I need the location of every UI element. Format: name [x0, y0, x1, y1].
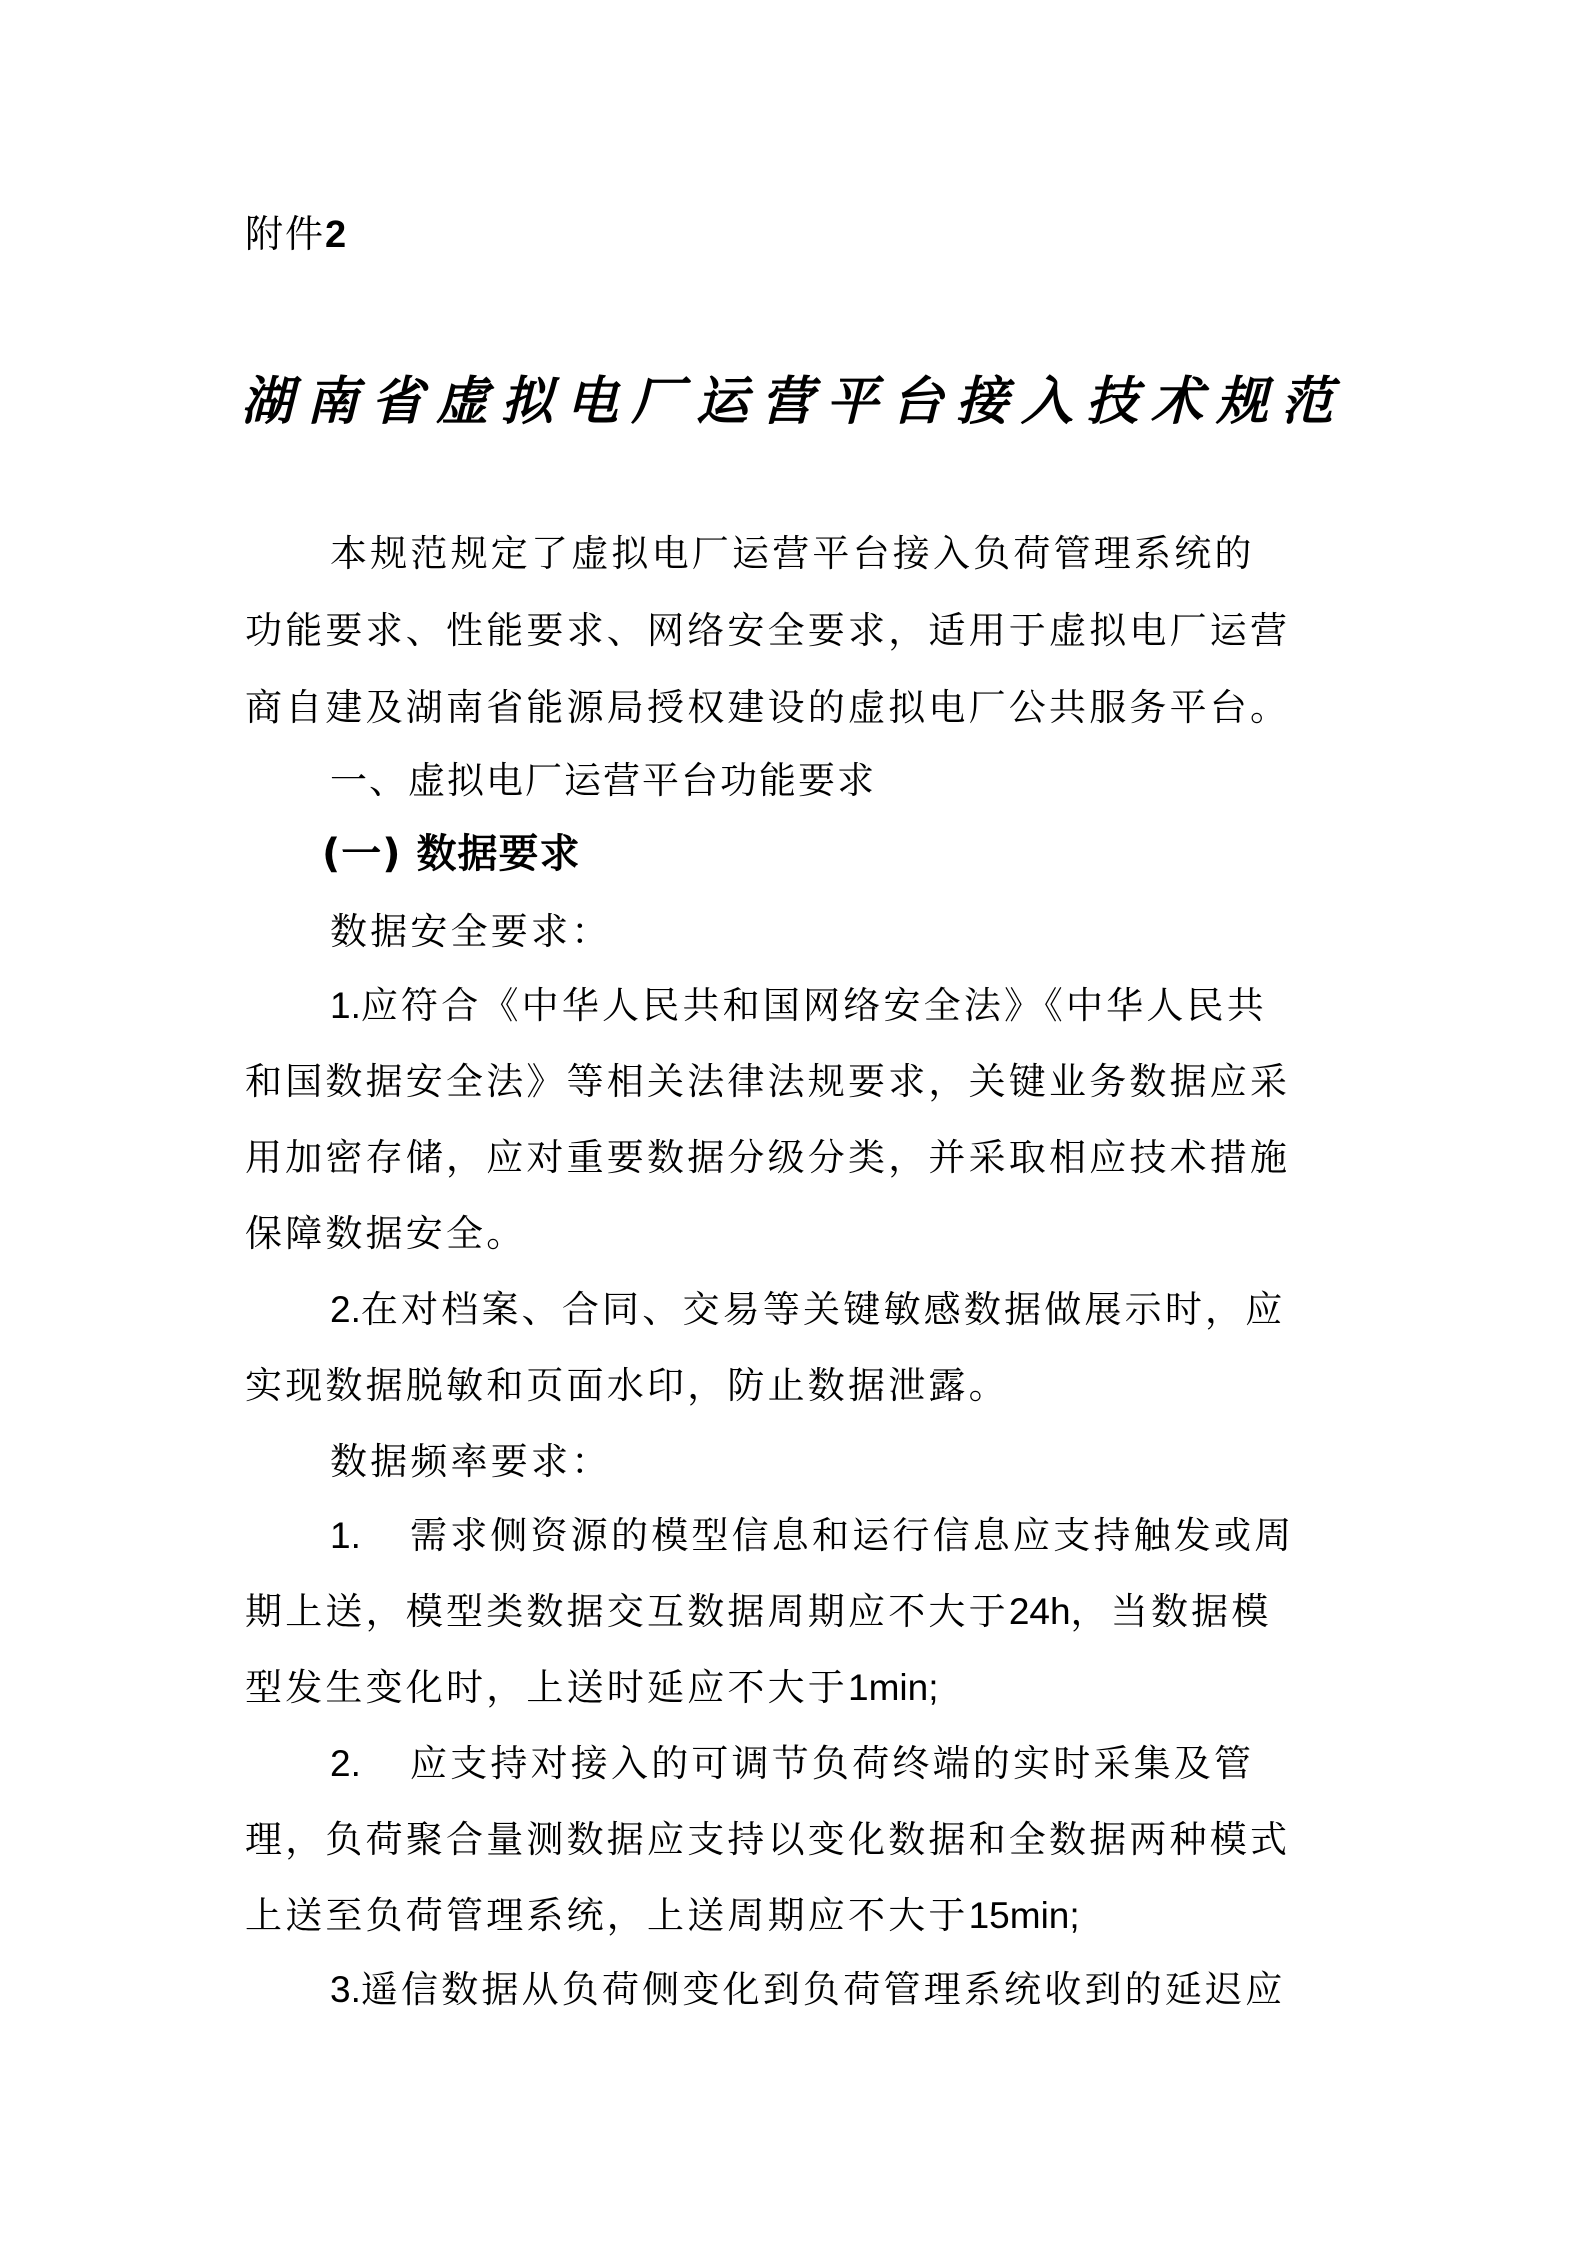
frequency-item-2-line-3: 上送至负荷管理系统，上送周期应不大于15min; [245, 1894, 1355, 1938]
item-text: ; [1069, 1895, 1079, 1936]
item-text: ; [928, 1667, 938, 1708]
item-text: ，当数据模 [1071, 1590, 1272, 1633]
security-item-2-line-2: 实现数据脱敏和页面水印，防止数据泄露。 [245, 1364, 1355, 1408]
frequency-item-1-line-1: 1.需求侧资源的模型信息和运行信息应支持触发或周 [330, 1514, 1440, 1558]
item-text: 需求侧资源的模型信息和运行信息应支持触发或周 [410, 1514, 1294, 1557]
intro-line-3: 商自建及湖南省能源局授权建设的虚拟电厂公共服务平台。 [245, 686, 1355, 730]
frequency-item-3-line-1: 3.遥信数据从负荷侧变化到负荷管理系统收到的延迟应 [330, 1968, 1440, 2012]
frequency-item-2-line-1: 2.应支持对接入的可调节负荷终端的实时采集及管 [330, 1742, 1440, 1786]
intro-line-1: 本规范规定了虚拟电厂运营平台接入负荷管理系统的 [330, 532, 1355, 576]
item-text: 应支持对接入的可调节负荷终端的实时采集及管 [410, 1742, 1254, 1785]
security-item-1-line-4: 保障数据安全。 [245, 1212, 1355, 1256]
item-text: 期上送，模型类数据交互数据周期应不大于 [245, 1590, 1009, 1633]
period-value: 24h [1009, 1591, 1071, 1632]
security-item-1-line-1: 1.应符合《中华人民共和国网络安全法》《中华人民共 [330, 984, 1440, 1028]
item-number: 1. [330, 1514, 410, 1558]
latency-value: 1min [848, 1667, 928, 1708]
intro-line-2: 功能要求、性能要求、网络安全要求，适用于虚拟电厂运营 [245, 609, 1355, 653]
document-title: 湖南省虚拟电厂运营平台接入技术规范 [0, 372, 1587, 432]
item-text: 上送至负荷管理系统，上送周期应不大于 [245, 1894, 969, 1937]
subsection-heading: (一) 数据要求 [322, 832, 1432, 876]
security-item-2-line-1: 2.在对档案、合同、交易等关键敏感数据做展示时，应 [330, 1288, 1440, 1332]
item-text: 应符合《中华人民共和国网络安全法》《中华人民共 [361, 984, 1267, 1027]
attachment-label: 附件2 [245, 212, 1355, 257]
attachment-text: 附件 [245, 212, 325, 256]
period-value: 15min [969, 1895, 1070, 1936]
section-heading: 一、虚拟电厂运营平台功能要求 [330, 759, 1440, 803]
item-text: 遥信数据从负荷侧变化到负荷管理系统收到的延迟应 [361, 1968, 1286, 2011]
item-text: 在对档案、合同、交易等关键敏感数据做展示时，应 [361, 1288, 1286, 1331]
frequency-item-1-line-2: 期上送，模型类数据交互数据周期应不大于24h，当数据模 [245, 1590, 1355, 1634]
security-item-1-line-2: 和国数据安全法》等相关法律法规要求，关键业务数据应采 [245, 1060, 1355, 1104]
document-page: 附件2 湖南省虚拟电厂运营平台接入技术规范 本规范规定了虚拟电厂运营平台接入负荷… [0, 0, 1587, 2245]
item-number: 2. [330, 1289, 361, 1330]
item-text: 型发生变化时，上送时延应不大于 [245, 1666, 848, 1709]
item-number: 1. [330, 985, 361, 1026]
item-number: 2. [330, 1742, 410, 1786]
security-item-1-line-3: 用加密存储，应对重要数据分级分类，并采取相应技术措施 [245, 1136, 1355, 1180]
data-security-heading: 数据安全要求： [330, 910, 1440, 954]
frequency-item-2-line-2: 理，负荷聚合量测数据应支持以变化数据和全数据两种模式 [245, 1818, 1355, 1862]
attachment-number: 2 [325, 214, 348, 256]
data-frequency-heading: 数据频率要求： [330, 1440, 1440, 1484]
item-number: 3. [330, 1969, 361, 2010]
frequency-item-1-line-3: 型发生变化时，上送时延应不大于1min; [245, 1666, 1355, 1710]
